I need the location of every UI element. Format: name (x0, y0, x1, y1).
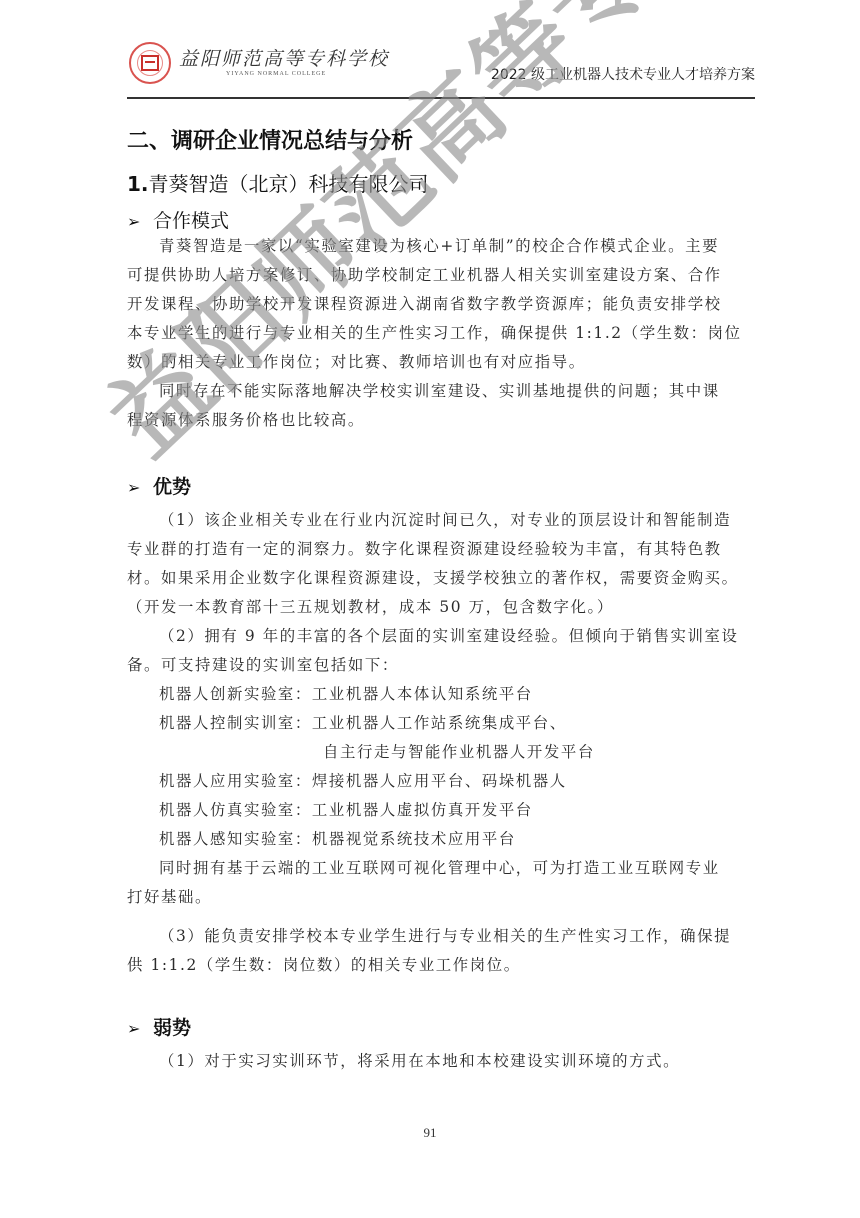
paragraph-line: （开发一本教育部十三五规划教材，成本 50 万，包含数字化。） (127, 597, 614, 617)
paragraph-line: 供 1:1.2（学生数：岗位数）的相关专业工作岗位。 (127, 955, 521, 975)
paragraph-line: 备。可支持建设的实训室包括如下： (127, 655, 399, 675)
lab-item: 机器人感知实验室：机器视觉系统技术应用平台 (159, 829, 516, 849)
paragraph-line: 打好基础。 (127, 887, 212, 907)
document-title: 2022 级工业机器人技术专业人才培养方案 (491, 64, 755, 84)
document-page: 益阳师范高等专科学校 YIYANG NORMAL COLLEGE 2022 级工… (0, 0, 860, 1218)
lab-item: 机器人控制实训室：工业机器人工作站系统集成平台、 (159, 713, 567, 733)
college-name-cn: 益阳师范高等专科学校 (179, 44, 389, 71)
arrow-bullet-icon: ➢ (127, 212, 153, 231)
company-heading: 1.青葵智造（北京）科技有限公司 (127, 168, 429, 197)
page-number: 91 (0, 1125, 860, 1141)
company-name: 青葵智造（北京）科技有限公司 (149, 172, 429, 196)
paragraph-line: （2）拥有 9 年的丰富的各个层面的实训室建设经验。但倾向于销售实训室设 (159, 626, 738, 646)
paragraph-line: 同时拥有基于云端的工业互联网可视化管理中心，可为打造工业互联网专业 (159, 858, 720, 878)
paragraph-line: （1）该企业相关专业在行业内沉淀时间已久，对专业的顶层设计和智能制造 (159, 510, 731, 530)
paragraph-line: 可提供协助人培方案修订、协助学校制定工业机器人相关实训室建设方案、合作 (127, 265, 722, 285)
paragraph-line: 专业群的打造有一定的洞察力。数字化课程资源建设经验较为丰富，有其特色教 (127, 539, 722, 559)
paragraph-line: 开发课程、协助学校开发课程资源进入湖南省数字教学资源库；能负责安排学校 (127, 294, 722, 314)
paragraph-line: 数）的相关专业工作岗位；对比赛、教师培训也有对应指导。 (127, 352, 586, 372)
paragraph-line: 程资源体系服务价格也比较高。 (127, 410, 365, 430)
subheading-strengths: ➢优势 (127, 472, 191, 499)
paragraph-line: 本专业学生的进行与专业相关的生产性实习工作，确保提供 1:1.2（学生数：岗位 (127, 323, 742, 343)
section-heading: 二、调研企业情况总结与分析 (127, 124, 413, 155)
subheading-weaknesses: ➢弱势 (127, 1013, 191, 1040)
header-divider (127, 97, 755, 99)
paragraph-line: 材。如果采用企业数字化课程资源建设，支援学校独立的著作权，需要资金购买。 (127, 568, 739, 588)
lab-item: 机器人仿真实验室：工业机器人虚拟仿真开发平台 (159, 800, 533, 820)
arrow-bullet-icon: ➢ (127, 1019, 153, 1038)
paragraph-line: （1）对于实习实训环节，将采用在本地和本校建设实训环境的方式。 (159, 1051, 680, 1071)
paragraph-line: 同时存在不能实际落地解决学校实训室建设、实训基地提供的问题；其中课 (159, 381, 720, 401)
lab-item: 机器人应用实验室：焊接机器人应用平台、码垛机器人 (159, 771, 567, 791)
lab-item: 机器人创新实验室：工业机器人本体认知系统平台 (159, 684, 533, 704)
arrow-bullet-icon: ➢ (127, 478, 153, 497)
college-seal-icon (129, 42, 171, 84)
page-header: 益阳师范高等专科学校 YIYANG NORMAL COLLEGE 2022 级工… (127, 38, 755, 98)
college-name-en: YIYANG NORMAL COLLEGE (226, 71, 326, 77)
college-logo: 益阳师范高等专科学校 YIYANG NORMAL COLLEGE (129, 42, 349, 88)
subheading-cooperation: ➢合作模式 (127, 206, 229, 233)
company-number: 1. (127, 172, 149, 196)
lab-item-continued: 自主行走与智能作业机器人开发平台 (323, 742, 595, 762)
paragraph-line: 青葵智造是一家以“实验室建设为核心+订单制”的校企合作模式企业。主要 (159, 236, 719, 256)
paragraph-line: （3）能负责安排学校本专业学生进行与专业相关的生产性实习工作，确保提 (159, 926, 731, 946)
